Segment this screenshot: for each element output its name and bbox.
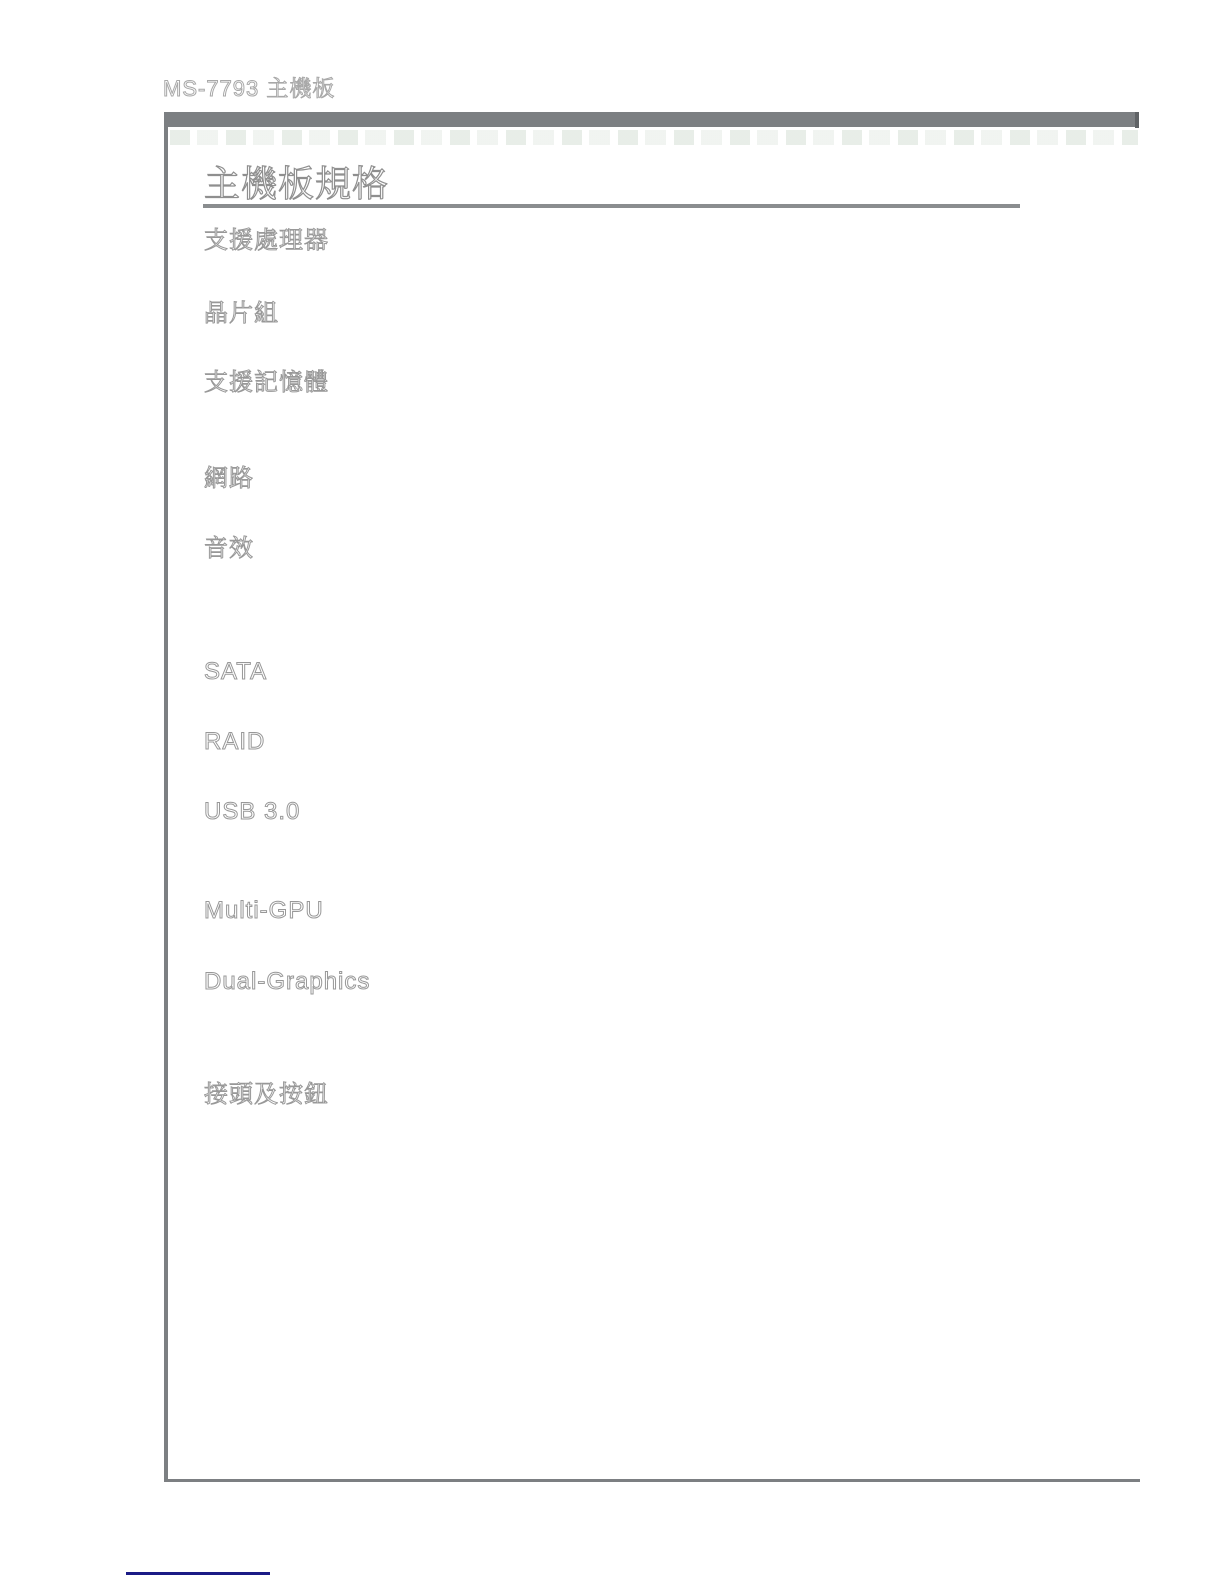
page-top-bar-end-cap [1135, 112, 1139, 128]
spec-label-audio: 音效 [204, 535, 254, 563]
spec-label-cpu-support: 支援處理器 [204, 227, 329, 255]
spec-label-dual-graphics: Dual-Graphics [204, 968, 370, 996]
spec-label-multi-gpu: Multi-GPU [204, 897, 324, 925]
spec-label-lan: 網路 [204, 465, 254, 493]
manual-page: MS-7793 主機板 主機板規格 支援處理器 晶片組 支援記憶體 網路 音效 … [0, 0, 1224, 1584]
spec-label-connectors-buttons: 接頭及按鈕 [204, 1081, 329, 1109]
page-top-bar [164, 112, 1138, 127]
page-bottom-border [164, 1479, 1140, 1482]
spec-label-usb3: USB 3.0 [204, 798, 300, 826]
spec-label-raid: RAID [204, 728, 265, 756]
spec-label-sata: SATA [204, 658, 267, 686]
section-title-underline [203, 204, 1020, 208]
footer-link-underline [126, 1572, 270, 1575]
spec-label-chipset: 晶片組 [204, 300, 279, 328]
spec-label-memory-support: 支援記憶體 [204, 369, 329, 397]
page-header-title: MS-7793 主機板 [163, 76, 335, 102]
section-title: 主機板規格 [204, 164, 389, 204]
faint-watermark-strip [170, 130, 1138, 145]
page-left-border [164, 112, 168, 1482]
